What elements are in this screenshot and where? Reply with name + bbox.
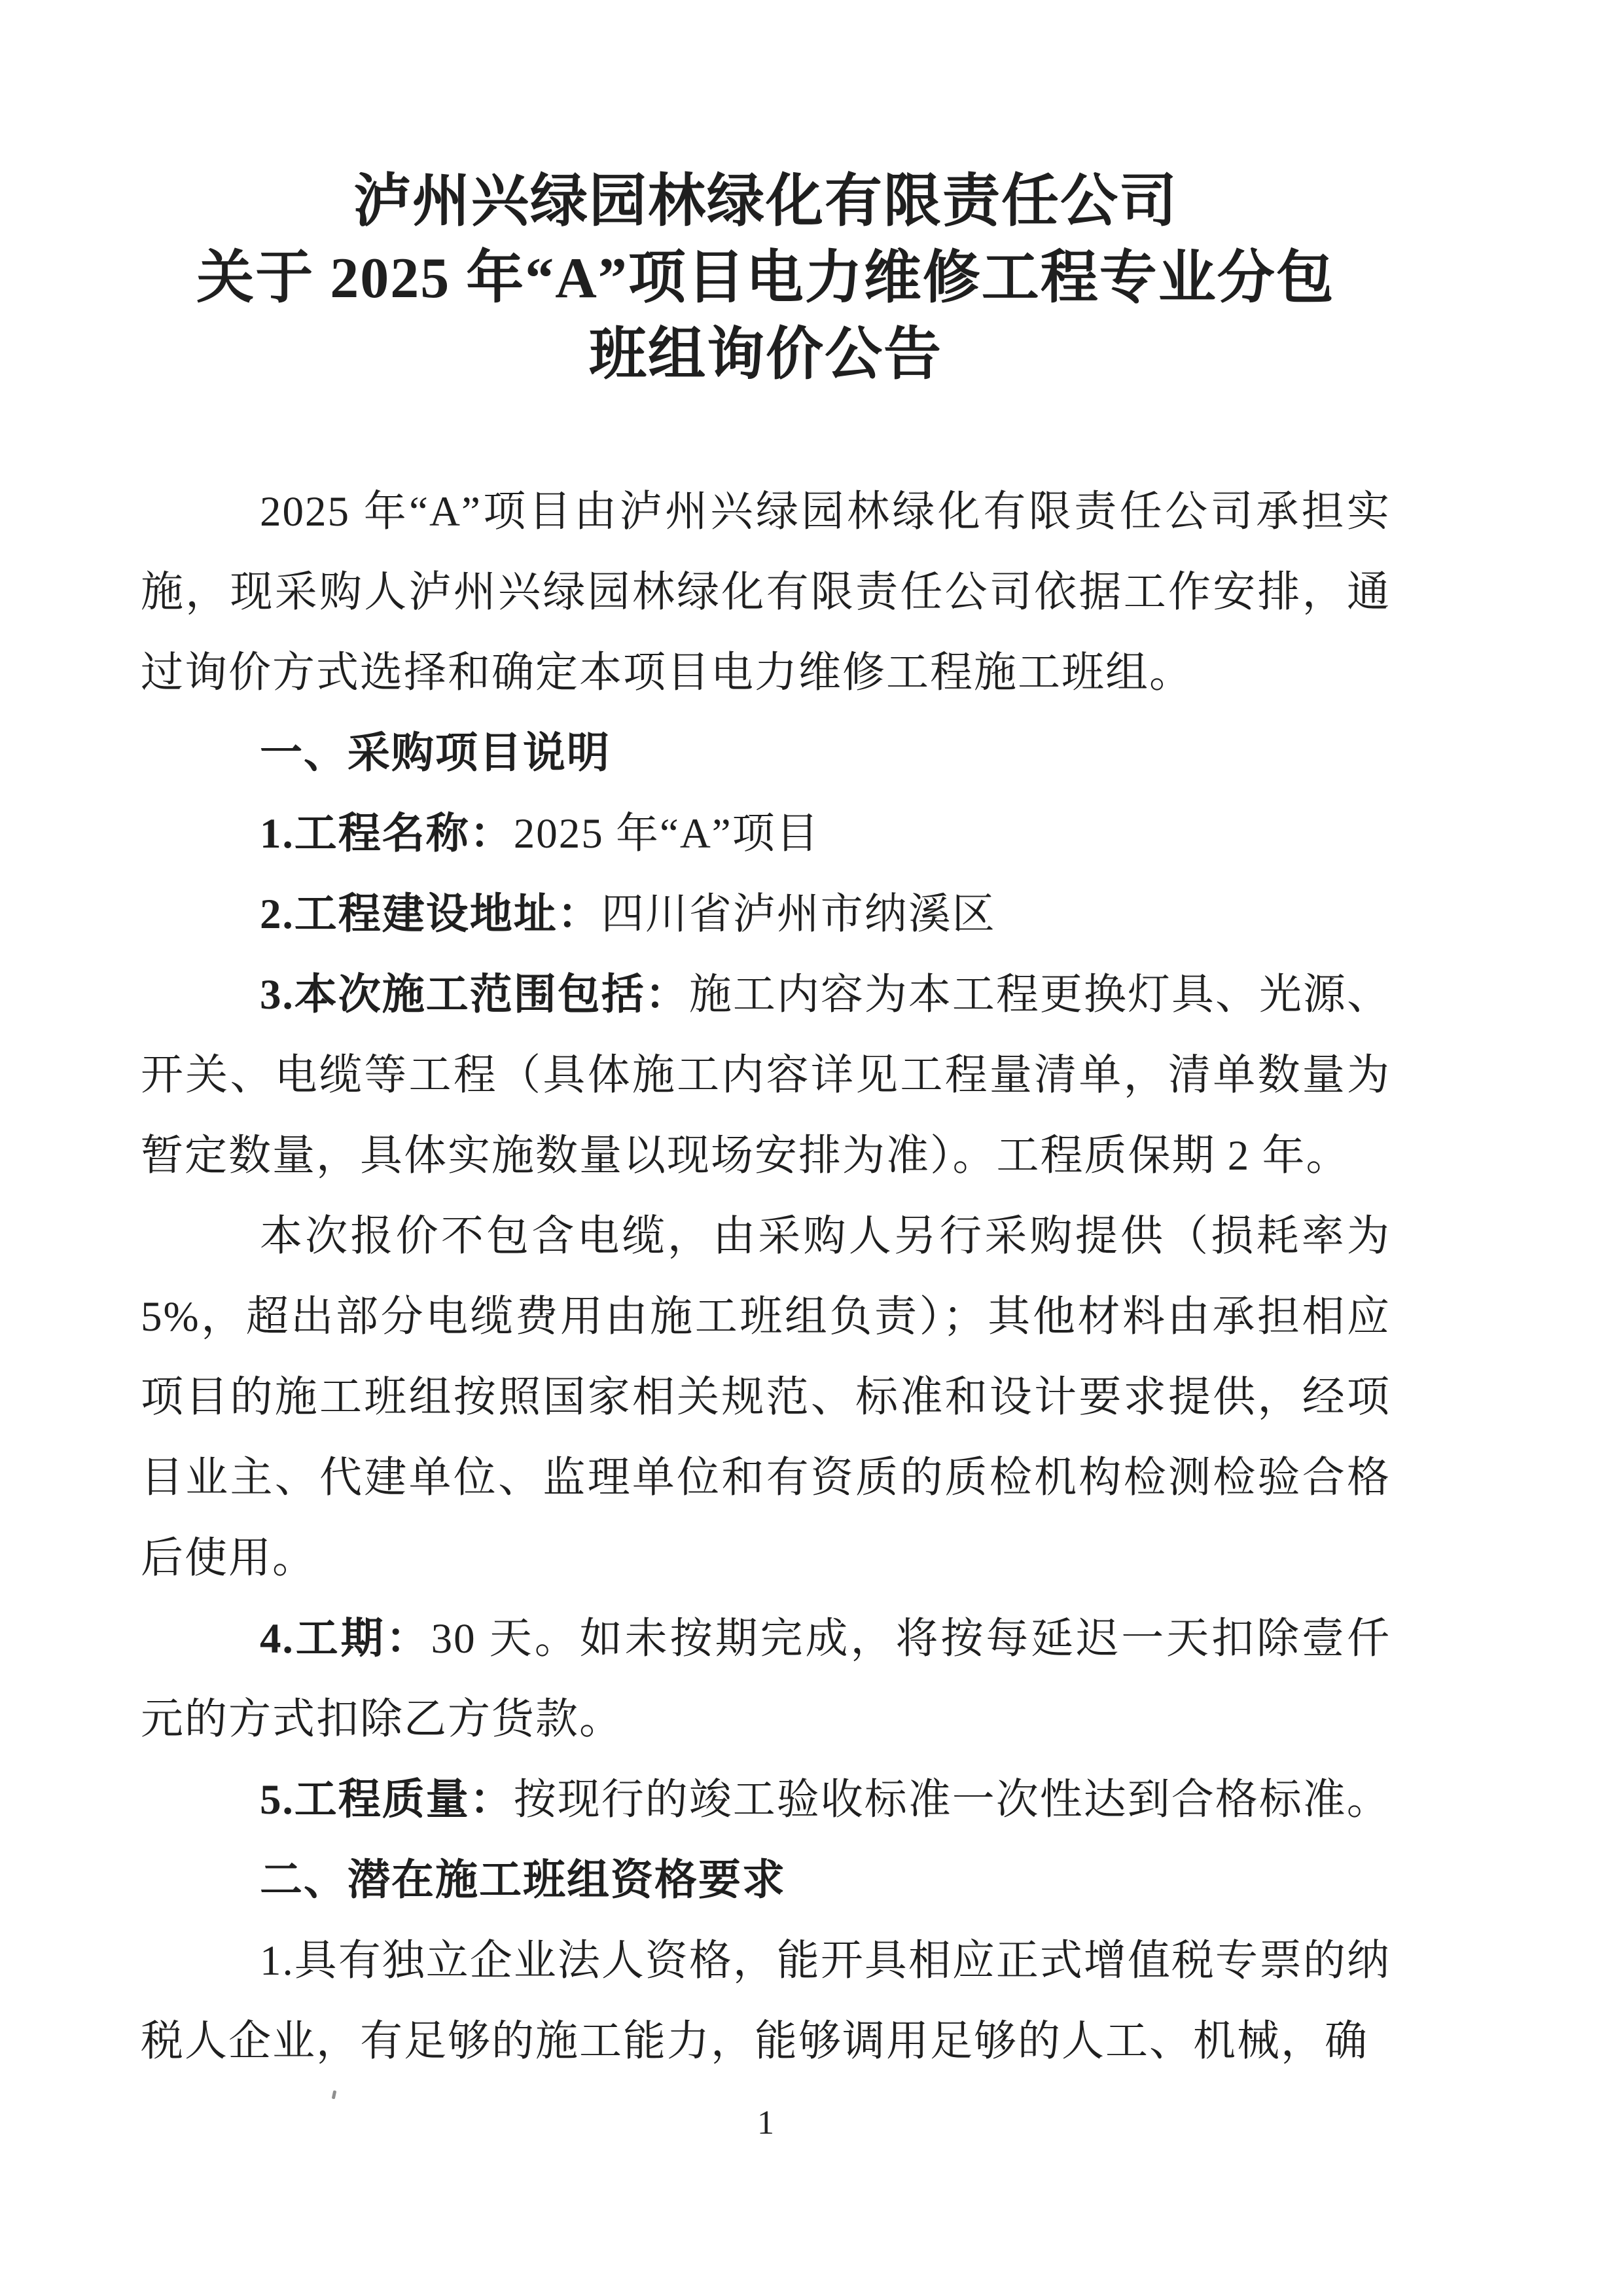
ink-speck-artifact xyxy=(332,2090,337,2100)
item-quality: 5.工程质量：按现行的竣工验收标准一次性达到合格标准。 xyxy=(141,1760,1391,1840)
intro-paragraph: 2025 年“A”项目由泸州兴绿园林绿化有限责任公司承担实施，现采购人泸州兴绿园… xyxy=(141,472,1391,713)
item-duration-label: 4.工期： xyxy=(260,1615,431,1662)
item-construction-scope-label: 3.本次施工范围包括： xyxy=(260,971,689,1018)
title-line-3: 班组询价公告 xyxy=(141,317,1391,393)
item-project-address-value: 四川省泸州市纳溪区 xyxy=(601,891,996,938)
document-page: 泸州兴绿园林绿化有限责任公司 关于 2025 年“A”项目电力维修工程专业分包 … xyxy=(0,0,1623,2296)
title-line-2: 关于 2025 年“A”项目电力维修工程专业分包 xyxy=(141,240,1391,317)
document-content: 泸州兴绿园林绿化有限责任公司 关于 2025 年“A”项目电力维修工程专业分包 … xyxy=(141,0,1391,2082)
item-project-name-label: 1.工程名称： xyxy=(260,810,514,857)
title-line-1: 泸州兴绿园林绿化有限责任公司 xyxy=(141,164,1391,240)
item-project-address-label: 2.工程建设地址： xyxy=(260,891,601,938)
item-construction-scope: 3.本次施工范围包括：施工内容为本工程更换灯具、光源、开关、电缆等工程（具体施工… xyxy=(141,955,1391,1196)
section-1-heading: 一、采购项目说明 xyxy=(141,713,1391,794)
document-body: 2025 年“A”项目由泸州兴绿园林绿化有限责任公司承担实施，现采购人泸州兴绿园… xyxy=(141,472,1391,2082)
item-project-address: 2.工程建设地址：四川省泸州市纳溪区 xyxy=(141,874,1391,955)
item-quality-label: 5.工程质量： xyxy=(260,1776,514,1823)
section-2-heading: 二、潜在施工班组资格要求 xyxy=(141,1840,1391,1921)
requirement-1-paragraph: 1.具有独立企业法人资格，能开具相应正式增值税专票的纳税人企业，有足够的施工能力… xyxy=(141,1921,1391,2082)
item-project-name: 1.工程名称：2025 年“A”项目 xyxy=(141,794,1391,874)
item-project-name-value: 2025 年“A”项目 xyxy=(514,810,820,857)
item-quality-value: 按现行的竣工验收标准一次性达到合格标准。 xyxy=(514,1776,1391,1823)
cable-note-paragraph: 本次报价不包含电缆，由采购人另行采购提供（损耗率为 5%，超出部分电缆费用由施工… xyxy=(141,1196,1391,1599)
document-title: 泸州兴绿园林绿化有限责任公司 关于 2025 年“A”项目电力维修工程专业分包 … xyxy=(141,164,1391,393)
item-duration: 4.工期：30 天。如未按期完成，将按每延迟一天扣除壹仟元的方式扣除乙方货款。 xyxy=(141,1599,1391,1760)
page-number: 1 xyxy=(141,2106,1391,2140)
